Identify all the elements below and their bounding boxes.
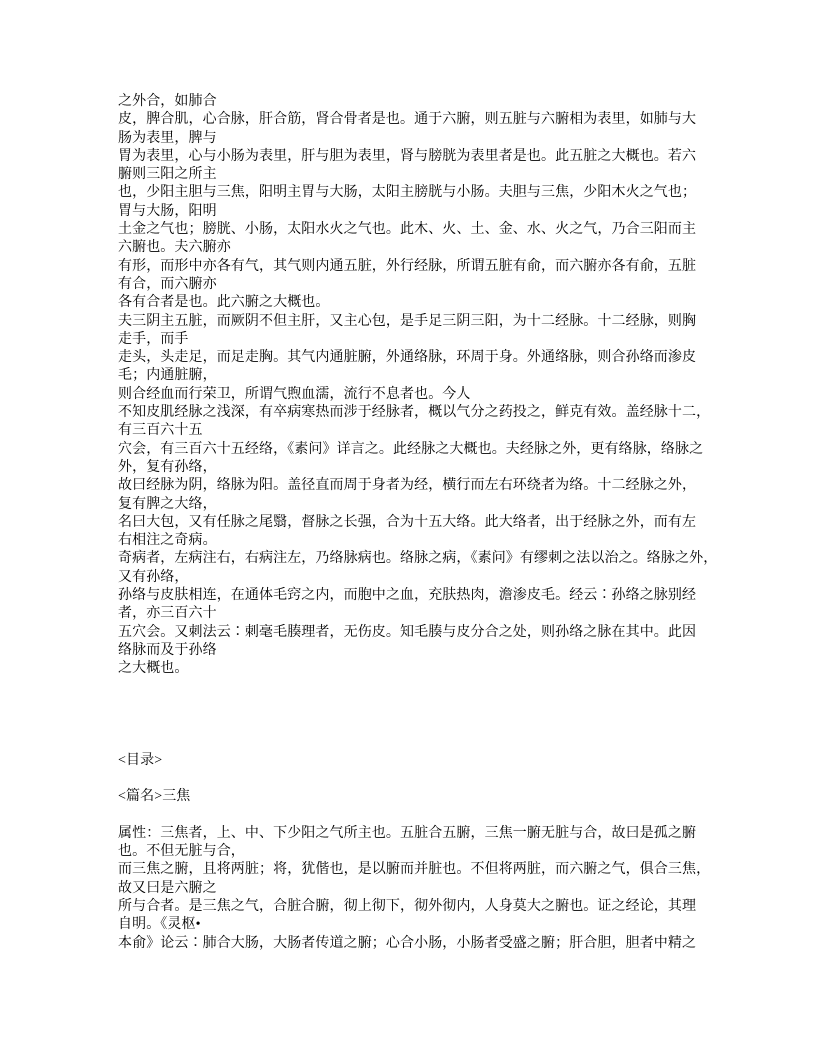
text-line: 右相注之奇病。 (118, 532, 730, 550)
text-line: 毛；内通脏腑， (118, 367, 730, 385)
text-line: <目录> (118, 752, 730, 770)
text-line: 六腑也。夫六腑亦 (118, 239, 730, 257)
text-line: 有合，而六腑亦 (118, 276, 730, 294)
text-line: 本俞》论云∶肺合大肠，大肠者传道之腑；心合小肠，小肠者受盛之腑；肝合胆，胆者中精… (118, 935, 730, 953)
text-line: 之大概也。 (118, 660, 730, 678)
text-line: 则合经血而行荣卫，所谓气煦血濡，流行不息者也。今人 (118, 386, 730, 404)
text-line: 有形，而形中亦各有气，其气则内通五脏，外行经脉，所谓五脏有俞，而六腑亦各有俞，五… (118, 258, 730, 276)
document-text-content: 之外合，如肺合皮，脾合肌，心合脉，肝合筋，肾合骨者是也。通于六腑，则五脏与六腑相… (118, 93, 730, 953)
text-line: 奇病者，左病注右，右病注左，乃络脉病也。络脉之病，《素问》有缪刺之法以治之。络脉… (118, 550, 730, 568)
text-line: 络脉而及于孙络 (118, 642, 730, 660)
document-page: 之外合，如肺合皮，脾合肌，心合脉，肝合筋，肾合骨者是也。通于六腑，则五脏与六腑相… (0, 0, 816, 1056)
text-line: 不知皮肌经脉之浅深，有卒病寒热而涉于经脉者，概以气分之药投之，鲜克有效。盖经脉十… (118, 404, 730, 422)
text-line: 属性：三焦者，上、中、下少阳之气所主也。五脏合五腑，三焦一腑无脏与合，故曰是孤之… (118, 825, 730, 843)
text-line: 穴会，有三百六十五经络，《素问》详言之。此经脉之大概也。夫经脉之外，更有络脉，络… (118, 441, 730, 459)
text-line: 故又曰是六腑之 (118, 880, 730, 898)
text-line: 也，少阳主胆与三焦，阳明主胃与大肠，太阳主膀胱与小肠。夫胆与三焦，少阳木火之气也… (118, 184, 730, 202)
text-line: 名曰大包，又有任脉之尾翳，督脉之长强，合为十五大络。此大络者，出于经脉之外，而有… (118, 514, 730, 532)
text-line: 皮，脾合肌，心合脉，肝合筋，肾合骨者是也。通于六腑，则五脏与六腑相为表里，如肺与… (118, 111, 730, 129)
text-line: 又有孙络， (118, 569, 730, 587)
text-line: 外，复有孙络， (118, 459, 730, 477)
text-line: 各有合者是也。此六腑之大概也。 (118, 294, 730, 312)
text-line: 有三百六十五 (118, 422, 730, 440)
text-line: 孙络与皮肤相连，在通体毛窍之内，而胞中之血，充肤热肉，澹渗皮毛。经云∶孙络之脉别… (118, 587, 730, 605)
text-line: 走头，头走足，而足走胸。其气内通脏腑，外通络脉，环周于身。外通络脉，则合孙络而渗… (118, 349, 730, 367)
text-line: 而三焦之腑，且将两脏；将，犹偕也，是以腑而并脏也。不但将两脏，而六腑之气，俱合三… (118, 861, 730, 879)
text-line: 者，亦三百六十 (118, 605, 730, 623)
text-line: 之外合，如肺合 (118, 93, 730, 111)
blank-line (118, 807, 730, 825)
blank-line (118, 715, 730, 733)
text-line: 所与合者。是三焦之气，合脏合腑，彻上彻下，彻外彻内，人身莫大之腑也。证之经论，其… (118, 898, 730, 916)
text-line: 胃与大肠，阳明 (118, 203, 730, 221)
text-line: 故曰经脉为阴，络脉为阳。盖径直而周于身者为经，横行而左右环绕者为络。十二经脉之外… (118, 477, 730, 495)
blank-line (118, 697, 730, 715)
blank-line (118, 733, 730, 751)
text-line: 肠为表里，脾与 (118, 130, 730, 148)
text-line: 腑则三阳之所主 (118, 166, 730, 184)
text-line: 五穴会。又刺法云∶刺毫毛腠理者，无伤皮。知毛腠与皮分合之处，则孙络之脉在其中。此… (118, 624, 730, 642)
text-line: 复有脾之大络， (118, 496, 730, 514)
blank-line (118, 679, 730, 697)
text-line: 夫三阴主五脏，而厥阴不但主肝，又主心包，是手足三阴三阳，为十二经脉。十二经脉，则… (118, 313, 730, 331)
text-line: 胃为表里，心与小肠为表里，肝与胆为表里，肾与膀胱为表里者是也。此五脏之大概也。若… (118, 148, 730, 166)
text-line: 土金之气也；膀胱、小肠，太阳水火之气也。此木、火、土、金、水、火之气，乃合三阳而… (118, 221, 730, 239)
text-line: <篇名>三焦 (118, 788, 730, 806)
text-line: 也。不但无脏与合， (118, 843, 730, 861)
blank-line (118, 770, 730, 788)
text-line: 走手，而手 (118, 331, 730, 349)
text-line: 自明。《灵枢• (118, 916, 730, 934)
